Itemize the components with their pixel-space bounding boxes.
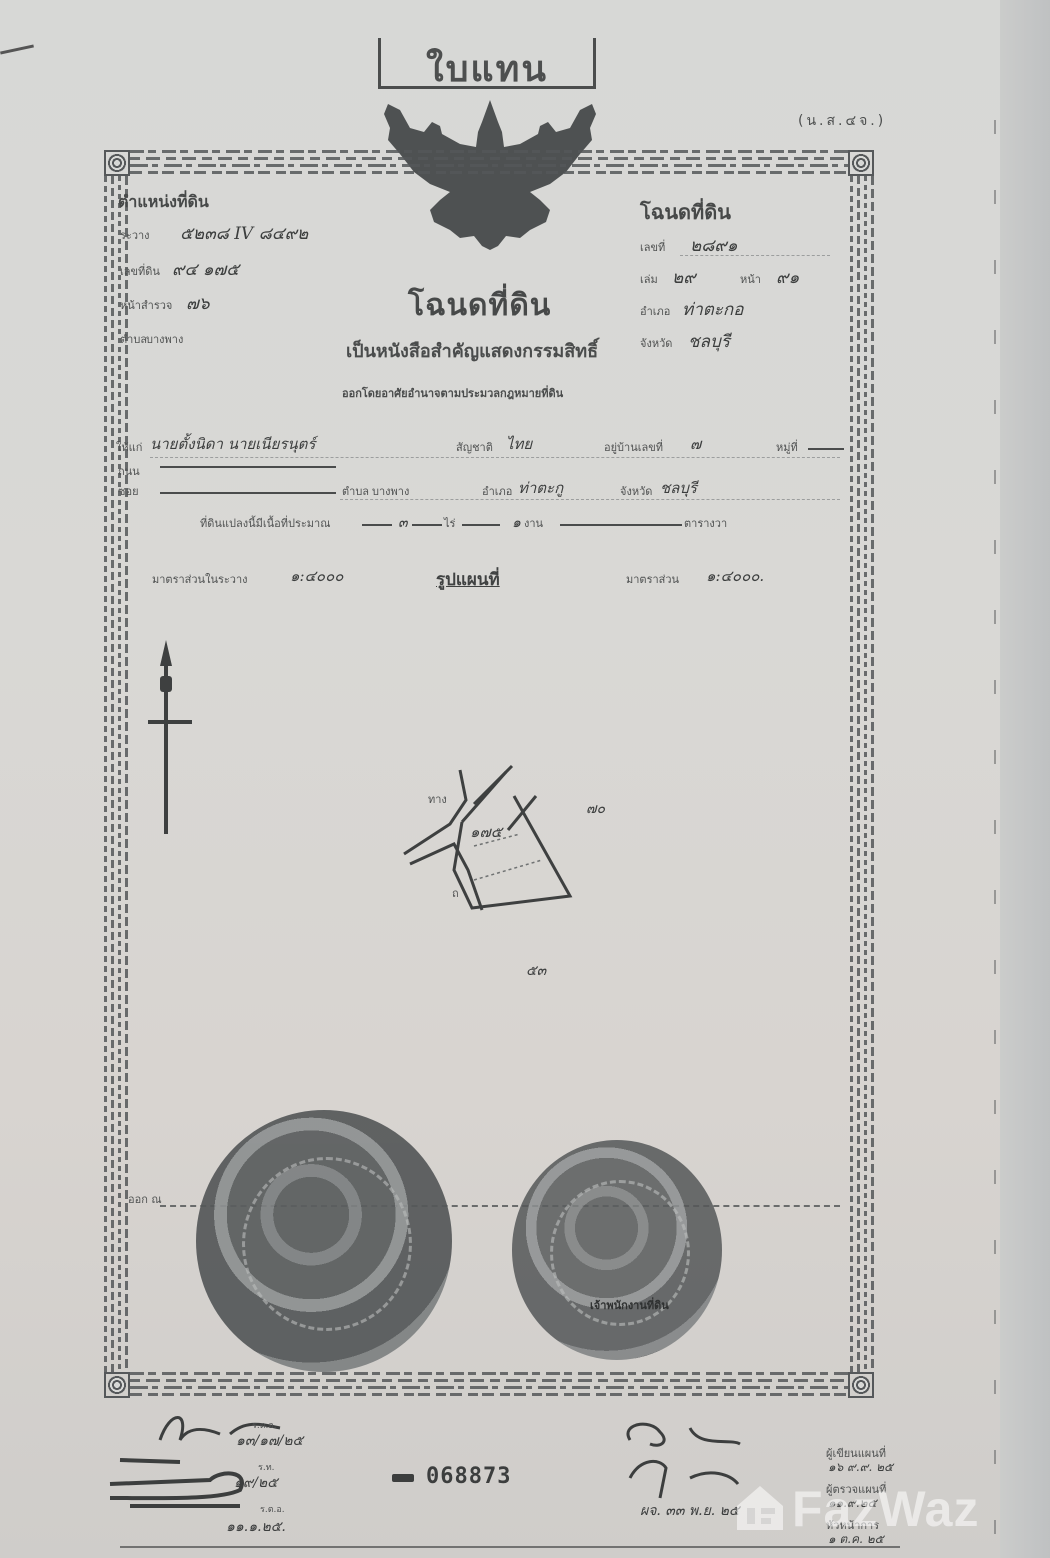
nationality-value: ไทย (506, 432, 532, 456)
owner-name: นายตั้งนิดา นายเนียรนุตร์ (150, 432, 315, 456)
moo-fill-line (808, 448, 844, 450)
moo-label: หมู่ที่ (776, 438, 798, 456)
annotation-line: ๑๖ ๙.๙. ๒๕ (828, 1458, 893, 1477)
area-label: ที่ดินแปลงนี้มีเนื้อที่ประมาณ (200, 514, 330, 532)
border-bottom (130, 1372, 848, 1398)
official-seal-right (512, 1140, 722, 1360)
map-scale-value: ๑:๔๐๐๐ (290, 564, 343, 588)
right-signature-text: ผจ. ๓๓ พ.ย. ๒๕ (640, 1500, 740, 1522)
fazwaz-house-logo-icon (735, 1484, 785, 1532)
border-right (850, 176, 874, 1372)
land-position-label: ตำบล (120, 330, 147, 348)
land-position-label: เลขที่ดิน (120, 262, 160, 280)
volume-label: เล่ม (640, 270, 658, 288)
fill-line (680, 254, 830, 256)
neighbor-label: ทาง (428, 790, 447, 808)
border-top (130, 150, 848, 176)
area-ngan: ๑ (512, 512, 521, 534)
page-value: ๙๑ (776, 264, 799, 291)
neighbor-label: ๕๓ (526, 960, 546, 982)
deed-info-heading: โฉนดที่ดิน (640, 196, 731, 228)
amphoe-value: ท่าตะกอ (682, 296, 743, 323)
parcel-number: ๑๗๕ (470, 820, 502, 844)
road-label: ถนน (118, 462, 140, 480)
fold-line (994, 120, 996, 1540)
soi-label: ซอย (118, 482, 139, 500)
land-position-value: บางพาง (146, 330, 183, 348)
main-title: โฉนดที่ดิน (408, 282, 551, 329)
left-signature-role: ร.ท. (258, 1460, 275, 1474)
plan-title: รูปแผนที่ (436, 566, 500, 593)
left-signature-date: ๑๑.๑.๒๕. (226, 1516, 286, 1538)
given-to-label: ให้แก่ (116, 438, 142, 456)
nationality-label: สัญชาติ (456, 438, 493, 456)
header-box: ใบแทน (378, 38, 596, 89)
fill-line (340, 498, 840, 500)
left-signature-role: ร.ต.อ. (252, 1418, 277, 1432)
land-position-value: ๙๔ ๑๗๕ (172, 256, 239, 283)
neighbor-label: ถ (452, 884, 459, 902)
province-label: จังหวัด (640, 334, 672, 352)
corner-ornament (104, 150, 130, 176)
paper-edge (1000, 0, 1050, 1558)
fill-line (150, 456, 840, 458)
left-signature-role: ร.ต.อ. (260, 1502, 285, 1516)
fill-line (462, 524, 500, 526)
land-position-label: หน้าสำรวจ (120, 296, 172, 314)
volume-value: ๒๙ (672, 264, 696, 291)
amphoe-value: ท่าตะกู (518, 476, 563, 500)
subtitle: เป็นหนังสือสำคัญแสดงกรรมสิทธิ์ (346, 336, 598, 365)
seal-ring (242, 1157, 412, 1331)
road-fill-line (160, 466, 336, 468)
house-no-label: อยู่บ้านเลขที่ (604, 438, 663, 456)
area-rai: ๓ (398, 512, 408, 534)
left-signature-date: ๑๓/๑๗/๒๕ (236, 1430, 303, 1452)
area-sqwa-label: ตารางวา (684, 514, 727, 532)
corner-ornament (848, 1372, 874, 1398)
fill-line (362, 524, 392, 526)
corner-ornament (848, 150, 874, 176)
province-value: ชลบุรี (688, 328, 730, 355)
header-box-label: ใบแทน (381, 40, 593, 97)
fill-line (560, 524, 682, 526)
province-value: ชลบุรี (660, 476, 697, 500)
border-left (104, 176, 128, 1372)
house-no-value: ๗ (690, 432, 701, 456)
bottom-rule (120, 1546, 900, 1548)
left-signature-date: ๑๙/๒๕ (234, 1472, 278, 1494)
area-ngan-label: งาน (524, 514, 543, 532)
land-position-value: ๗๖ (186, 290, 210, 317)
land-position-heading: ตำแหน่งที่ดิน (118, 190, 209, 215)
page-label: หน้า (740, 270, 761, 288)
plan-scale-label: มาตราส่วน (626, 570, 679, 588)
issued-at-label: ออก ณ (128, 1190, 162, 1208)
fill-line (412, 524, 442, 526)
land-position-label: ระวาง (120, 226, 150, 244)
serial-dash (392, 1474, 414, 1482)
deed-no-label: เลขที่ (640, 238, 665, 256)
area-rai-label: ไร่ (444, 514, 455, 532)
right-seal-text: เจ้าพนักงานที่ดิน (590, 1296, 669, 1314)
watermark-brand: FazWaz (792, 1480, 980, 1538)
serial-number: 068873 (426, 1464, 511, 1489)
plan-scale-value: ๑:๔๐๐๐. (706, 564, 764, 588)
amphoe-label: อำเภอ (640, 302, 670, 320)
corner-ornament (104, 1372, 130, 1398)
form-code: (น.ส.๔จ.) (798, 110, 886, 132)
neighbor-label: ๗๐ (586, 798, 605, 820)
subtitle-law: ออกโดยอาศัยอำนาจตามประมวลกฎหมายที่ดิน (342, 384, 563, 402)
soi-fill-line (160, 492, 336, 494)
north-arrow-icon (148, 636, 198, 836)
map-scale-label: มาตราส่วนในระวาง (152, 570, 248, 588)
official-seal-left (196, 1110, 452, 1372)
